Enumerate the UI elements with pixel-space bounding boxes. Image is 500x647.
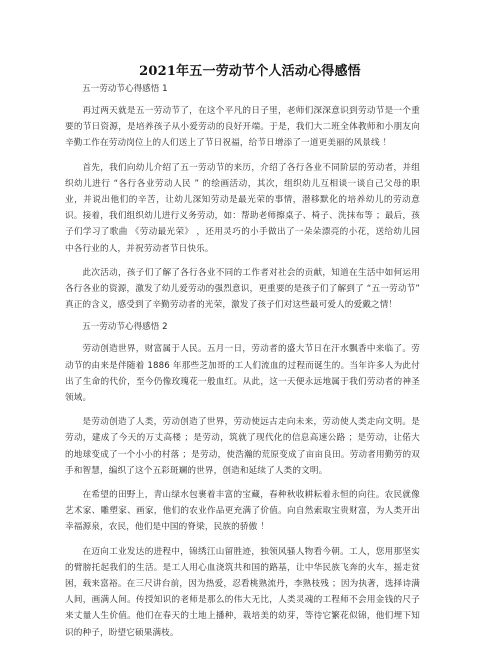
document-page: 2021年五一劳动节个人活动心得感悟 五一劳动节心得感悟 1 再过两天就是五一劳…: [0, 0, 500, 647]
section-heading: 五一劳动节心得感悟 1: [82, 83, 420, 95]
paragraph: 在迈向工业发达的进程中，锦绣江山留胜迹，独领风骚人物看今朝。工人，您用那坚实的臂…: [65, 544, 420, 641]
section-heading: 五一劳动节心得感悟 2: [82, 321, 420, 333]
paragraph: 再过两天就是五一劳动节了，在这个平凡的日子里，老师们深深意识到劳动节是一个重要的…: [65, 103, 420, 152]
document-body: 五一劳动节心得感悟 1 再过两天就是五一劳动节了，在这个平凡的日子里，老师们深深…: [65, 83, 420, 647]
paragraph: 在希望的田野上，青山绿水包裹着丰富的宝藏，春种秋收耕耘着永恒的向往。农民就像艺术…: [65, 487, 420, 536]
section-1: 五一劳动节心得感悟 1 再过两天就是五一劳动节了，在这个平凡的日子里，老师们深深…: [65, 83, 420, 313]
document-title: 2021年五一劳动节个人活动心得感悟: [0, 60, 500, 79]
paragraph: 首先，我们向幼儿介绍了五一劳动节的来历，介绍了各行各业不同阶层的劳动者，并组织幼…: [65, 160, 420, 257]
section-2: 五一劳动节心得感悟 2 劳动创造世界，财富属于人民。五月一日，劳动者的盛大节日在…: [65, 321, 420, 640]
paragraph: 劳动创造世界，财富属于人民。五月一日，劳动者的盛大节日在汗水飘香中来临了。劳动节…: [65, 341, 420, 406]
paragraph: 此次活动，孩子们了解了各行各业不同的工作者对社会的贡献，知道在生活中如何运用各行…: [65, 265, 420, 314]
paragraph: 是劳动创造了人类，劳动创造了世界，劳动使远古走向未来，劳动使人类走向文明。是劳动…: [65, 414, 420, 479]
